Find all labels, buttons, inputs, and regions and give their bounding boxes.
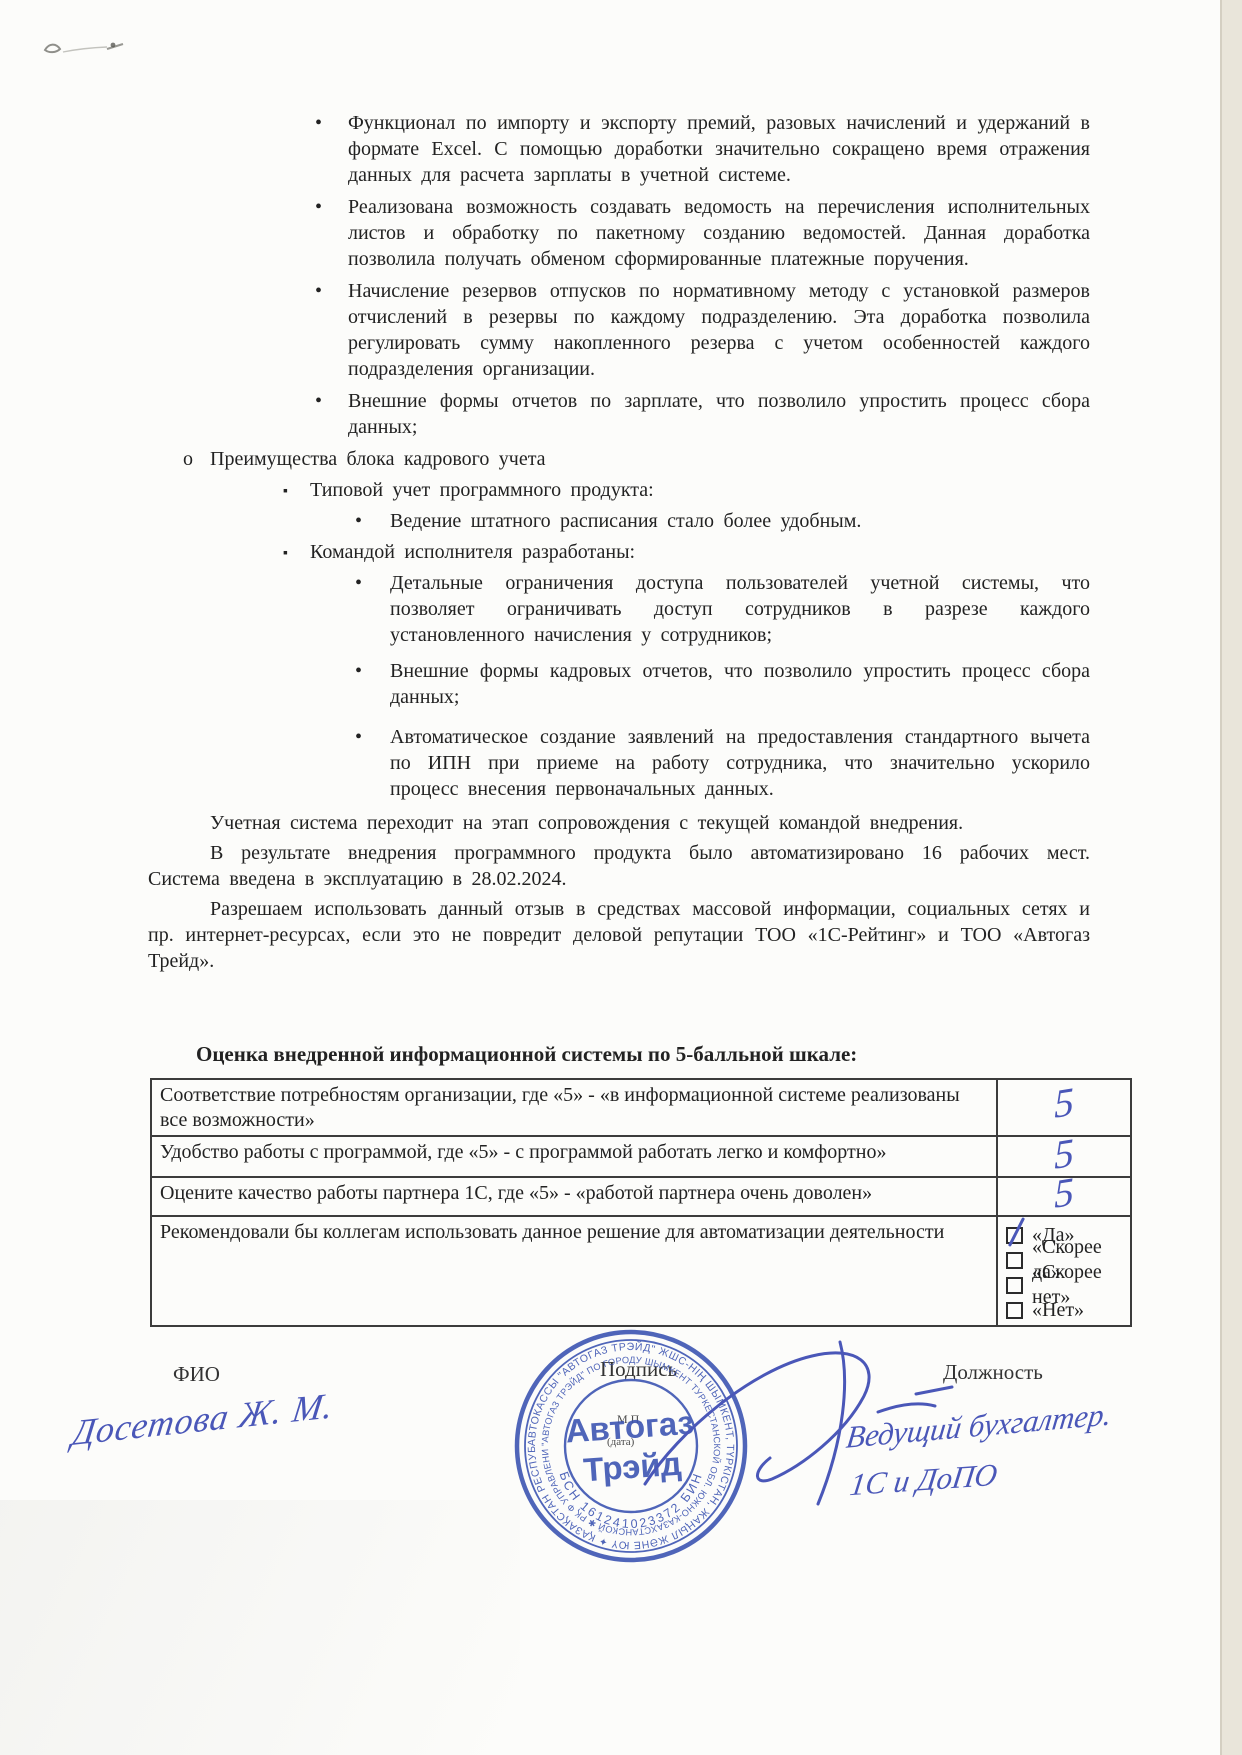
paragraph: Учетная система переходит на этап сопров… — [148, 810, 1090, 836]
handwritten-score: 5 — [1054, 1171, 1074, 1215]
handwritten-score: 5 — [1054, 1081, 1074, 1125]
list-item: •Автоматическое создание заявлений на пр… — [148, 724, 1090, 802]
scan-shading — [0, 1500, 520, 1755]
table-row: Оцените качество работы партнера 1С, где… — [151, 1177, 1131, 1216]
option-row: «Скорее нет» — [1006, 1273, 1122, 1297]
bullet-icon: • — [315, 388, 322, 414]
fio-label: ФИО — [173, 1362, 220, 1387]
bullet-icon: • — [315, 110, 322, 136]
criterion-cell: Рекомендовали бы коллегам использовать д… — [151, 1216, 997, 1326]
pen-check-mark — [1008, 1217, 1025, 1247]
criterion-cell: Соответствие потребностям организации, г… — [151, 1079, 997, 1136]
option-label: «Нет» — [1032, 1298, 1084, 1323]
rating-cell: 5 — [997, 1177, 1131, 1216]
criterion-cell: Удобство работы с программой, где «5» - … — [151, 1136, 997, 1177]
table-row: Удобство работы с программой, где «5» - … — [151, 1136, 1131, 1177]
list-item: •Внешние формы отчетов по зарплате, что … — [148, 388, 1090, 440]
list-item-text: Внешние формы кадровых отчетов, что позв… — [390, 660, 1090, 708]
list-item-text: Реализована возможность создавать ведомо… — [348, 196, 1090, 270]
signature-flourish — [620, 1332, 1050, 1517]
list-item: •Внешние формы кадровых отчетов, что поз… — [148, 658, 1090, 710]
list-item-text: Внешние формы отчетов по зарплате, что п… — [348, 390, 1090, 438]
checkbox-icon — [1006, 1277, 1023, 1294]
table-row: Соответствие потребностям организации, г… — [151, 1079, 1131, 1136]
options-cell: «Да» «Скорее да» «Скорее нет» «Нет» — [997, 1216, 1131, 1326]
bullet-icon: • — [315, 194, 322, 220]
list-item: •Начисление резервов отпусков по нормати… — [148, 278, 1090, 382]
list-item: •Функционал по импорту и экспорту премий… — [148, 110, 1090, 188]
rating-heading: Оценка внедренной информационной системы… — [196, 1042, 857, 1067]
list-item-text: Автоматическое создание заявлений на пре… — [390, 726, 1090, 800]
bullet-icon: • — [355, 570, 362, 596]
list-item-text: Типовой учет программного продукта: — [310, 479, 654, 501]
checkbox-icon — [1006, 1252, 1023, 1269]
list-item: •Реализована возможность создавать ведом… — [148, 194, 1090, 272]
pen-marks-icon — [35, 30, 145, 64]
list-item: ▪Типовой учет программного продукта: — [148, 477, 1090, 503]
document-body: •Функционал по импорту и экспорту премий… — [148, 110, 1090, 980]
list-item-text: Преимущества блока кадрового учета — [210, 448, 546, 470]
fio-signature: Досетова Ж. М. — [70, 1384, 337, 1454]
list-item: •Детальные ограничения доступа пользоват… — [148, 570, 1090, 648]
square-bullet-icon: ▪ — [283, 541, 288, 567]
paragraph: В результате внедрения программного прод… — [148, 840, 1090, 892]
list-item-text: Функционал по импорту и экспорту премий,… — [348, 112, 1090, 186]
bullet-icon: • — [355, 508, 362, 534]
rating-table: Соответствие потребностям организации, г… — [150, 1078, 1132, 1327]
scanned-document-page: •Функционал по импорту и экспорту премий… — [0, 0, 1242, 1755]
circle-bullet-icon: o — [183, 446, 193, 472]
rating-cell: 5 — [997, 1079, 1131, 1136]
bullet-icon: • — [355, 658, 362, 684]
bullet-icon: • — [355, 724, 362, 750]
list-item-text: Ведение штатного расписания стало более … — [390, 510, 861, 532]
scan-edge-strip — [1222, 0, 1242, 1755]
bullet-icon: • — [315, 278, 322, 304]
list-item-text: Командой исполнителя разработаны: — [310, 541, 635, 563]
checkbox-checked-icon — [1006, 1227, 1023, 1244]
list-item-text: Детальные ограничения доступа пользовате… — [390, 572, 1090, 646]
square-bullet-icon: ▪ — [283, 479, 288, 505]
checkbox-icon — [1006, 1302, 1023, 1319]
criterion-cell: Оцените качество работы партнера 1С, где… — [151, 1177, 997, 1216]
table-row: Рекомендовали бы коллегам использовать д… — [151, 1216, 1131, 1326]
list-item: ▪Командой исполнителя разработаны: — [148, 539, 1090, 565]
list-item: oПреимущества блока кадрового учета — [148, 446, 1090, 472]
list-item-text: Начисление резервов отпусков по норматив… — [348, 280, 1090, 380]
paragraph: Разрешаем использовать данный отзыв в ср… — [148, 896, 1090, 974]
list-item: •Ведение штатного расписания стало более… — [148, 508, 1090, 534]
